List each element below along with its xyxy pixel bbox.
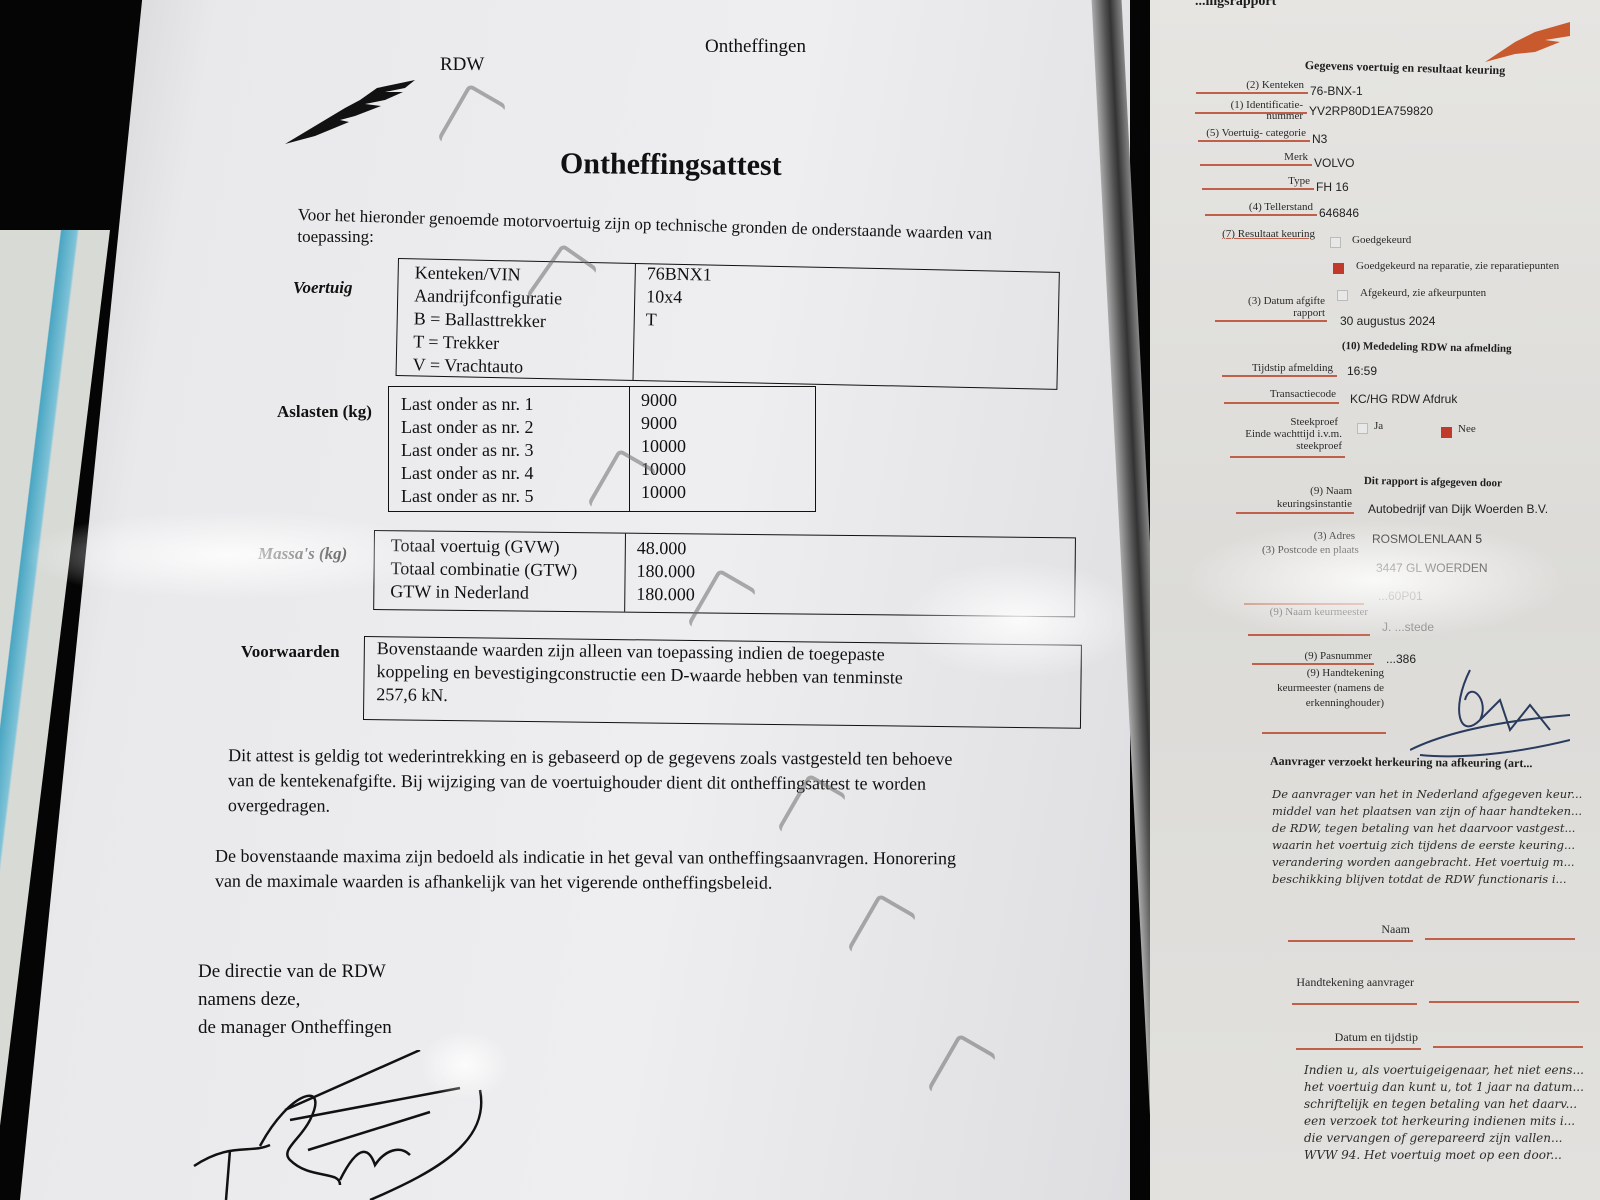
footer-text: Indien u, als voertuigeigenaar, het niet… xyxy=(1304,1062,1584,1164)
row-label: Last onder as nr. 3 xyxy=(401,439,533,462)
row-label: Last onder as nr. 2 xyxy=(401,416,533,439)
text-line: waarin het voertuig zich tijdens de eers… xyxy=(1272,837,1582,854)
field-value: VOLVO xyxy=(1314,156,1354,170)
rdw-feather-logo-icon xyxy=(1485,22,1570,64)
voorwaarden-box: Bovenstaande waarden zijn alleen van toe… xyxy=(363,636,1082,729)
field-label: (4) Tellerstand xyxy=(1205,202,1313,213)
report-header: ...ingsrapport xyxy=(1195,0,1276,10)
text-line: de manager Ontheffingen xyxy=(198,1014,392,1042)
datum-value: 30 augustus 2024 xyxy=(1340,314,1435,328)
row-label: Totaal voertuig (GVW) xyxy=(391,534,578,559)
sign-field-label: Datum en tijdstip xyxy=(1298,1030,1418,1045)
wachttijd-label: Einde wachttijd i.v.m. steekproef xyxy=(1232,428,1342,452)
steekproef-label: Steekproef xyxy=(1232,416,1338,428)
massas-label: Massa's (kg) xyxy=(258,544,347,564)
option-ja: Ja xyxy=(1374,420,1383,432)
aslasten-label: Aslasten (kg) xyxy=(277,402,372,422)
sign-field-label: Handtekening aanvrager xyxy=(1294,975,1414,990)
row-value: 9000 xyxy=(641,389,686,412)
adres-value: ROSMOLENLAAN 5 xyxy=(1372,532,1482,546)
text-line: Indien u, als voertuigeigenaar, het niet… xyxy=(1304,1062,1584,1079)
row-label: V = Vrachtauto xyxy=(413,353,561,379)
tijdstip-value: 16:59 xyxy=(1347,364,1377,378)
voertuig-table: Kenteken/VINAandrijfconfiguratieB = Ball… xyxy=(396,258,1060,390)
text-line: verandering worden aangebracht. Het voer… xyxy=(1272,854,1582,871)
postcode-label: (3) Postcode en plaats xyxy=(1262,544,1358,556)
text-line: van de kentekenafgifte. Bij wijziging va… xyxy=(228,768,952,797)
datum-label: (3) Datum afgifte rapport xyxy=(1235,295,1325,319)
voertuig-label: Voertuig xyxy=(293,278,353,298)
field-label: (1) Identificatie- nummer xyxy=(1195,100,1303,122)
text-line: De directie van de RDW xyxy=(198,958,392,986)
naam-value: Autobedrijf van Dijk Woerden B.V. xyxy=(1368,502,1548,516)
resultaat-label: (7) Resultaat keuring xyxy=(1205,228,1315,240)
checkbox-steekproef-nee[interactable] xyxy=(1441,427,1452,438)
row-value: 76BNX1 xyxy=(646,262,711,286)
checkbox-goedgekeurd[interactable] xyxy=(1330,237,1341,248)
text-line: Dit attest is geldig tot wederintrekking… xyxy=(228,743,952,772)
erkenning-value: ...60P01 xyxy=(1378,589,1423,603)
field-value: FH 16 xyxy=(1316,180,1349,194)
voorwaarden-label: Voorwaarden xyxy=(241,642,340,662)
option-afgekeurd: Afgekeurd, zie afkeurpunten xyxy=(1360,287,1486,299)
option-goedgekeurd-na-reparatie: Goedgekeurd na reparatie, zie reparatiep… xyxy=(1356,260,1559,272)
row-label: GTW in Nederland xyxy=(390,580,577,605)
signoff-block: De directie van de RDWnamens deze,de man… xyxy=(198,958,392,1042)
checkbox-steekproef-ja[interactable] xyxy=(1357,423,1368,434)
row-value: T xyxy=(646,308,711,332)
validity-paragraph: Dit attest is geldig tot wederintrekking… xyxy=(228,743,953,822)
herkeuring-title: Aanvrager verzoekt herkeuring na afkeuri… xyxy=(1270,754,1533,771)
row-label: Last onder as nr. 5 xyxy=(401,485,533,508)
field-label: Merk xyxy=(1200,152,1308,163)
department-header: Ontheffingen xyxy=(705,36,806,58)
field-value: 646846 xyxy=(1319,206,1359,220)
text-line: een verzoek tot herkeuring indienen mits… xyxy=(1304,1113,1584,1130)
adres-label: (3) Adres xyxy=(1280,530,1355,542)
option-goedgekeurd: Goedgekeurd xyxy=(1352,234,1411,246)
field-value: YV2RP80D1EA759820 xyxy=(1309,104,1433,118)
row-label: Last onder as nr. 4 xyxy=(401,462,533,485)
option-nee: Nee xyxy=(1458,423,1476,435)
text-line: middel van het plaatsen van zijn of haar… xyxy=(1272,803,1582,820)
afgegeven-title: Dit rapport is afgegeven door xyxy=(1364,475,1502,489)
keurmeester-signature-icon xyxy=(1410,660,1570,760)
field-label: (2) Kenteken xyxy=(1196,80,1304,91)
field-value: 76-BNX-1 xyxy=(1310,84,1363,98)
postcode-value: 3447 GL WOERDEN xyxy=(1376,561,1488,575)
tijdstip-label: Tijdstip afmelding xyxy=(1225,362,1333,374)
text-line: die vervangen of gerepareerd zijn vallen… xyxy=(1304,1130,1584,1147)
maxima-paragraph: De bovenstaande maxima zijn bedoeld als … xyxy=(215,844,956,897)
text-line: namens deze, xyxy=(198,986,392,1014)
checkbox-afgekeurd[interactable] xyxy=(1337,290,1348,301)
row-value: 10000 xyxy=(641,435,686,458)
transactie-label: Transactiecode xyxy=(1228,388,1336,400)
transactie-value: KC/HG RDW Afdruk xyxy=(1350,392,1457,406)
row-value: 180.000 xyxy=(636,560,695,584)
sign-field-input[interactable] xyxy=(1429,1001,1579,1003)
row-label: Last onder as nr. 1 xyxy=(401,393,533,416)
document-title: Ontheffingsattest xyxy=(560,147,782,183)
row-label: T = Trekker xyxy=(413,330,561,356)
row-value xyxy=(645,331,710,355)
row-value xyxy=(645,354,710,378)
text-line: het voertuig dan kunt u, tot 1 jaar na d… xyxy=(1304,1079,1584,1096)
text-line: De aanvrager van het in Nederland afgege… xyxy=(1272,786,1582,803)
handtekening-label: (9) Handtekening keurmeester (namens de … xyxy=(1272,666,1384,711)
text-line: De bovenstaande maxima zijn bedoeld als … xyxy=(215,844,956,872)
text-line: beschikking blijven totdat de RDW functi… xyxy=(1272,871,1582,888)
checkbox-goedgekeurd-na-reparatie[interactable] xyxy=(1333,263,1344,274)
row-label: B = Ballasttrekker xyxy=(413,307,561,333)
keurmeester-label: (9) Naam keurmeester xyxy=(1250,606,1368,619)
text-line: WVW 94. Het voertuig moet op een door... xyxy=(1304,1147,1584,1164)
sign-field-input[interactable] xyxy=(1433,1046,1583,1048)
row-value: 10x4 xyxy=(646,285,711,309)
row-value: 180.000 xyxy=(636,583,695,607)
org-name: RDW xyxy=(440,54,484,76)
intro-line-2: toepassing: xyxy=(297,227,992,247)
herkeuring-text: De aanvrager van het in Nederland afgege… xyxy=(1272,786,1582,888)
pasnummer-label: (9) Pasnummer xyxy=(1270,650,1372,662)
row-label: Totaal combinatie (GTW) xyxy=(390,557,577,582)
naam-label: (9) Naam keuringsinstantie xyxy=(1240,485,1352,511)
sign-field-label: Naam xyxy=(1290,922,1410,937)
field-label: Type xyxy=(1202,176,1310,187)
row-value: 48.000 xyxy=(637,537,696,561)
text-line: van de maximale waarden is afhankelijk v… xyxy=(215,869,956,897)
text-line: schriftelijk en tegen betaling van het d… xyxy=(1304,1096,1584,1113)
keurmeester-value: J. ...stede xyxy=(1382,620,1434,634)
text-line: de RDW, tegen betaling van het daarvoor … xyxy=(1272,820,1582,837)
handwritten-signature-icon xyxy=(190,1050,500,1200)
field-label: (5) Voertuig- categorie xyxy=(1198,128,1306,139)
rdw-feather-logo-icon xyxy=(285,80,425,150)
sign-field-input[interactable] xyxy=(1425,938,1575,940)
field-value: N3 xyxy=(1312,132,1327,146)
row-value: 9000 xyxy=(641,412,686,435)
